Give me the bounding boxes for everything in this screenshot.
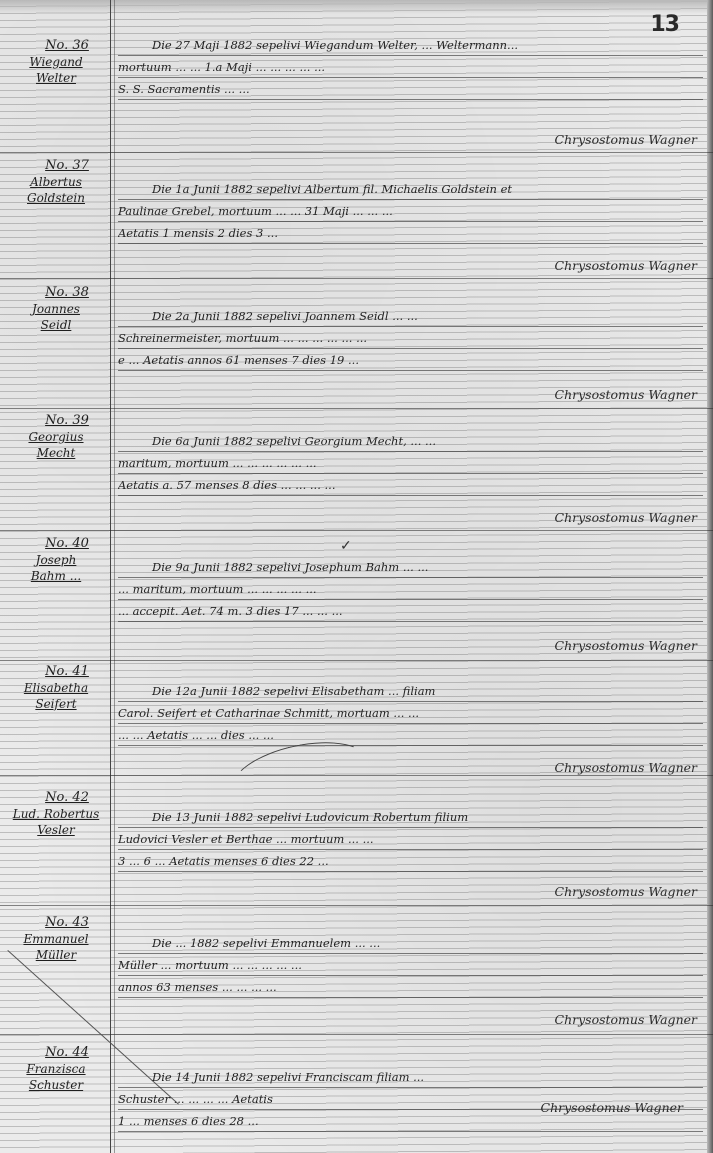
entry-line: ... ... Aetatis ... ... dies ... ... [118, 724, 703, 746]
entry-header: No. 39 Georgius Mecht [4, 413, 108, 461]
margin-rule [110, 0, 111, 1153]
entry-surname: Bahm ... [4, 568, 108, 584]
entry-line: e ... Aetatis annos 61 menses 7 dies 19 … [118, 349, 703, 371]
entry-line: annos 63 menses ... ... ... ... [118, 976, 703, 998]
priest-signature: Chrysostomus Wagner [555, 132, 698, 147]
entry-number: No. 44 [4, 1045, 108, 1061]
entry-line: mortuum ... ... 1.a Maji ... ... ... ...… [118, 56, 703, 78]
entry-number: No. 43 [4, 915, 108, 931]
entry-body: Die 1a Junii 1882 sepelivi Albertum fil.… [118, 178, 703, 244]
entry-line: ... accepit. Aet. 74 m. 3 dies 17 ... ..… [118, 600, 703, 622]
entry-header: No. 44 Franzisca Schuster [4, 1045, 108, 1093]
entry-line: Paulinae Grebel, mortuum ... ... 31 Maji… [118, 200, 703, 222]
entry-separator [0, 278, 713, 279]
entry-line: Die 2a Junii 1882 sepelivi Joannem Seidl… [118, 305, 703, 327]
entry-body: Die 13 Junii 1882 sepelivi Ludovicum Rob… [118, 806, 703, 872]
priest-signature: Chrysostomus Wagner [555, 258, 698, 273]
entry-body: Die 6a Junii 1882 sepelivi Georgium Mech… [118, 430, 703, 496]
entry-given-name: Albertus [4, 174, 108, 190]
entry-line: Die ... 1882 sepelivi Emmanuelem ... ... [118, 932, 703, 954]
pen-mark: ✓ [340, 538, 352, 554]
entry-line: Ludovici Vesler et Berthae ... mortuum .… [118, 828, 703, 850]
entry-header: No. 43 Emmanuel Müller [4, 915, 108, 963]
entry-number: No. 40 [4, 536, 108, 552]
entry-separator [0, 660, 713, 661]
entry-given-name: Elisabetha [4, 680, 108, 696]
entry-surname: Vesler [4, 822, 108, 838]
entry-given-name: Emmanuel [4, 931, 108, 947]
entry-given-name: Joannes [4, 301, 108, 317]
entry-line: Die 6a Junii 1882 sepelivi Georgium Mech… [118, 430, 703, 452]
entry-line: ... maritum, mortuum ... ... ... ... ... [118, 578, 703, 600]
entry-separator [0, 152, 713, 153]
priest-signature: Chrysostomus Wagner [555, 1012, 698, 1027]
entry-line: Die 27 Maji 1882 sepelivi Wiegandum Welt… [118, 34, 703, 56]
entry-number: No. 38 [4, 285, 108, 301]
entry-line: Schreinermeister, mortuum ... ... ... ..… [118, 327, 703, 349]
entry-body: Die 2a Junii 1882 sepelivi Joannem Seidl… [118, 305, 703, 371]
entry-surname: Seifert [4, 696, 108, 712]
entry-given-name: Joseph [4, 552, 108, 568]
entry-number: No. 36 [4, 38, 108, 54]
entry-line: maritum, mortuum ... ... ... ... ... ... [118, 452, 703, 474]
entry-surname: Schuster [4, 1077, 108, 1093]
entry-line: Die 13 Junii 1882 sepelivi Ludovicum Rob… [118, 806, 703, 828]
entry-header: No. 41 Elisabetha Seifert [4, 664, 108, 712]
entry-header: No. 37 Albertus Goldstein [4, 158, 108, 206]
entry-header: No. 40 Joseph Bahm ... [4, 536, 108, 584]
entry-header: No. 38 Joannes Seidl [4, 285, 108, 333]
entry-surname: Mecht [4, 445, 108, 461]
entry-surname: Welter [4, 70, 108, 86]
priest-signature: Chrysostomus Wagner [555, 638, 698, 653]
entry-line: S. S. Sacramentis ... ... [118, 78, 703, 100]
entry-line: Müller ... mortuum ... ... ... ... ... [118, 954, 703, 976]
priest-signature: Chrysostomus Wagner [555, 387, 698, 402]
entry-given-name: Franzisca [4, 1061, 108, 1077]
entry-line: Die 1a Junii 1882 sepelivi Albertum fil.… [118, 178, 703, 200]
entry-body: Die 14 Junii 1882 sepelivi Franciscam fi… [118, 1066, 703, 1132]
entry-separator [0, 408, 713, 409]
entry-body: Die 9a Junii 1882 sepelivi Josephum Bahm… [118, 556, 703, 622]
entry-line: Die 9a Junii 1882 sepelivi Josephum Bahm… [118, 556, 703, 578]
scan-right-edge [707, 0, 713, 1153]
priest-signature: Chrysostomus Wagner [555, 760, 698, 775]
register-page: 13 No. 36 Wiegand Welter Die 27 Maji 188… [0, 0, 713, 1153]
entry-line: 3 ... 6 ... Aetatis menses 6 dies 22 ... [118, 850, 703, 872]
priest-signature: Chrysostomus Wagner [555, 510, 698, 525]
entry-line: Die 12a Junii 1882 sepelivi Elisabetham … [118, 680, 703, 702]
entry-given-name: Wiegand [4, 54, 108, 70]
entry-surname: Seidl [4, 317, 108, 333]
entry-line: Aetatis a. 57 menses 8 dies ... ... ... … [118, 474, 703, 496]
entry-body: Die 27 Maji 1882 sepelivi Wiegandum Welt… [118, 34, 703, 100]
entry-separator [0, 1034, 713, 1035]
entry-number: No. 42 [4, 790, 108, 806]
priest-signature: Chrysostomus Wagner [555, 884, 698, 899]
entry-separator [0, 530, 713, 531]
entry-line: Die 14 Junii 1882 sepelivi Franciscam fi… [118, 1066, 703, 1088]
entry-given-name: Lud. Robertus [4, 806, 108, 822]
entry-separator [0, 905, 713, 906]
entry-number: No. 39 [4, 413, 108, 429]
entry-number: No. 41 [4, 664, 108, 680]
entry-header: No. 36 Wiegand Welter [4, 38, 108, 86]
entry-given-name: Georgius [4, 429, 108, 445]
entry-number: No. 37 [4, 158, 108, 174]
margin-rule-secondary [114, 0, 115, 1153]
priest-signature: Chrysostomus Wagner [541, 1100, 684, 1115]
scan-top-shadow [0, 0, 713, 14]
entry-surname: Goldstein [4, 190, 108, 206]
entry-body: Die ... 1882 sepelivi Emmanuelem ... ...… [118, 932, 703, 998]
entry-body: Die 12a Junii 1882 sepelivi Elisabetham … [118, 680, 703, 746]
entry-line: Carol. Seifert et Catharinae Schmitt, mo… [118, 702, 703, 724]
entry-line: Aetatis 1 mensis 2 dies 3 ... [118, 222, 703, 244]
entry-header: No. 42 Lud. Robertus Vesler [4, 790, 108, 838]
